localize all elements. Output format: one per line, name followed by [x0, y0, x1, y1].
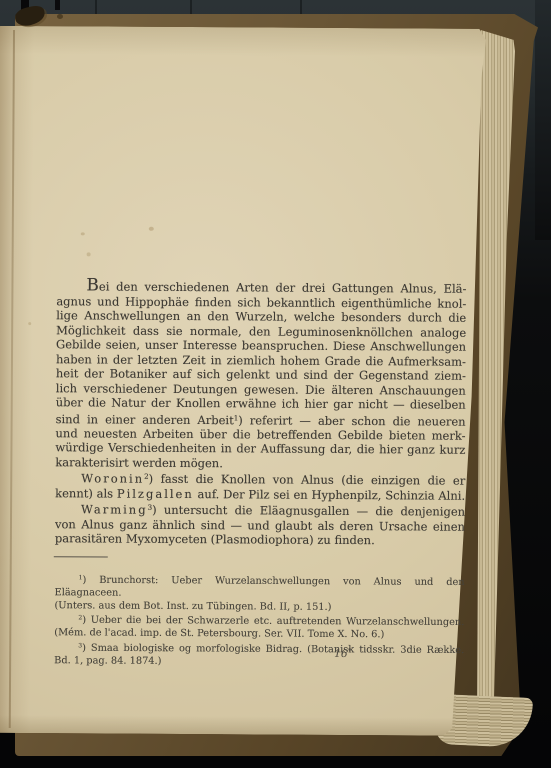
text-run: über die Natur der Knollen erwähne ich h… — [56, 395, 466, 412]
text-run: Schinzia Alni — [385, 488, 461, 502]
text-run: ei den verschiedenen Arten der drei Gatt… — [99, 279, 401, 295]
text-run: Eläagnus — [260, 504, 314, 518]
text-run: karakterisirt werden mögen. — [55, 455, 223, 470]
text-run: ) Ueber die bei der Schwarzerle etc. auf… — [82, 615, 464, 628]
text-run: ) referirt — aber schon die neueren — [238, 413, 465, 428]
signature-star: * — [348, 647, 352, 655]
paper-stain — [149, 227, 154, 231]
body-text: Bei den verschiedenen Arten der drei Gat… — [55, 279, 467, 548]
footnote-2: 2) Ueber die bei der Schwarzerle etc. au… — [54, 613, 464, 643]
text-run: B — [86, 275, 99, 295]
text-run: ) Brunchorst: Ueber Wurzelanschwellungen… — [55, 575, 465, 599]
text-run: ) untersucht die — [152, 503, 260, 518]
text-run: von — [55, 517, 81, 531]
paper-stain — [87, 252, 91, 256]
text-run: . — [461, 489, 465, 503]
text-run: Alnus — [400, 281, 433, 295]
text-run: Woronin — [81, 472, 144, 486]
paragraph-1: Bei den verschiedenen Arten der drei Gat… — [55, 279, 466, 472]
text-run: auf. Der Pilz sei en Hyphenpilz, — [194, 487, 386, 502]
paper-stain — [28, 322, 31, 325]
text-line: parasitären Myxomyceten (Plasmodiophora)… — [55, 531, 465, 548]
text-run: , — [433, 282, 444, 296]
text-run: Elä- — [444, 282, 467, 296]
text-run: Alnus — [301, 473, 334, 487]
signature-number: 16 — [334, 648, 347, 660]
footnote-3: 3) Smaa biologiske og morfologiske Bidra… — [54, 640, 464, 670]
text-run: ganz ähnlich sind — und glaubt als deren… — [114, 517, 465, 533]
text-run: zu finden. — [314, 533, 375, 547]
text-run: (Plasmodiophora) — [211, 532, 314, 547]
text-run: gallen — die denjenigen — [314, 504, 466, 519]
page-wrap: Bei den verschiedenen Arten der drei Gat… — [0, 0, 551, 768]
text-run: und — [91, 294, 125, 308]
text-run: finden sich bekanntlich eigenthümliche k… — [189, 295, 466, 311]
paragraph-3: Warming3) untersucht die Eläagnusgallen … — [55, 501, 465, 549]
text-run: ) fasst die Knollen von — [149, 472, 301, 487]
text-run: Pilzgallen — [117, 486, 194, 500]
text-run: sind in einer anderen Arbeit — [56, 412, 234, 427]
text-run: Alnus — [81, 517, 114, 531]
text-run: (die einzigen die er — [334, 473, 466, 488]
text-run: (Unters. aus dem Bot. Inst. zu Tübingen.… — [54, 600, 331, 613]
text-line: 1) Brunchorst: Ueber Wurzelanschwellunge… — [55, 572, 465, 602]
text-run: Hippophäe — [125, 294, 189, 308]
paper-stain — [81, 232, 85, 235]
footnote-1: 1) Brunchorst: Ueber Wurzelanschwellunge… — [54, 572, 464, 615]
text-run: parasitären Myxomyceten — [55, 531, 211, 546]
signature-mark: 16* — [334, 647, 351, 660]
text-run: (Mém. de l'acad. imp. de St. Petersbourg… — [54, 628, 384, 641]
paragraph-2: Woronin2) fasst die Knollen von Alnus (d… — [55, 470, 465, 503]
text-run: Bd. 1, pag. 84. 1874.) — [54, 655, 161, 667]
footnotes: 1) Brunchorst: Ueber Wurzelanschwellunge… — [54, 572, 465, 670]
text-run: Warming — [81, 503, 148, 517]
text-run: agnus — [56, 294, 91, 308]
scanned-book-photo: Bei den verschiedenen Arten der drei Gat… — [0, 0, 551, 768]
binding-speck — [57, 14, 63, 19]
text-run: kennt) als — [55, 486, 117, 500]
text-line: Bd. 1, pag. 84. 1874.) — [54, 655, 464, 670]
text-run: ) Smaa biologiske og morfologiske Bidrag… — [82, 643, 464, 656]
